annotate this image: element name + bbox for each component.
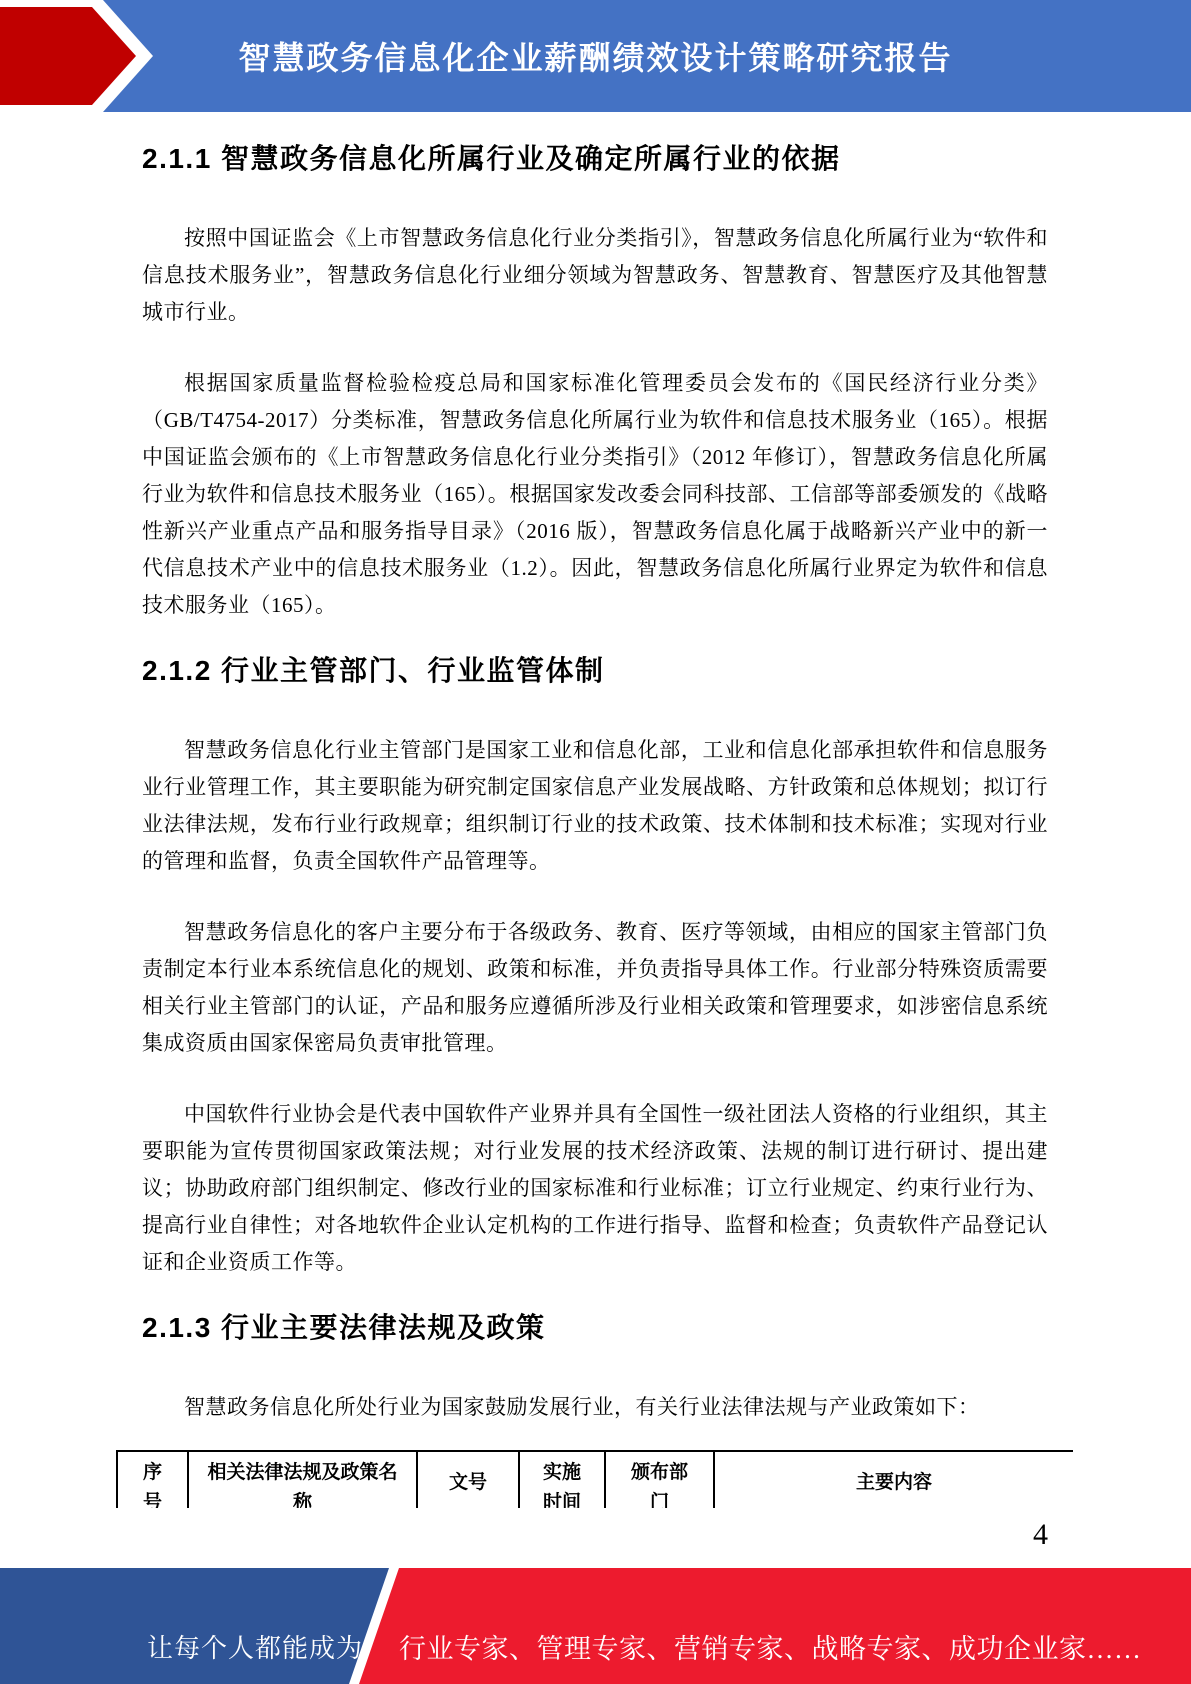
paragraph: 按照中国证监会《上市智慧政务信息化行业分类指引》，智慧政务信息化所属行业为“软件… <box>142 220 1048 331</box>
page-footer: 让每个人都能成为 行业专家、管理专家、营销专家、战略专家、成功企业家…… <box>0 1568 1191 1684</box>
section-heading-2-1-2: 2.1.2 行业主管部门、行业监管体制 <box>142 654 1048 688</box>
footer-right-slogan: 行业专家、管理专家、营销专家、战略专家、成功企业家…… <box>399 1627 1142 1666</box>
column-header-label: 序号 <box>141 1458 165 1508</box>
report-title: 智慧政务信息化企业薪酬绩效设计策略研究报告 <box>0 33 1191 79</box>
section-heading-2-1-3: 2.1.3 行业主要法律法规及政策 <box>142 1311 1048 1345</box>
column-header-label: 颁布部门 <box>629 1458 691 1508</box>
paragraph: 中国软件行业协会是代表中国软件产业界并具有全国性一级社团法人资格的行业组织，其主… <box>142 1096 1048 1281</box>
column-header-effective-date: 实施时间 <box>519 1451 605 1508</box>
section-heading-2-1-1: 2.1.1 智慧政务信息化所属行业及确定所属行业的依据 <box>142 142 1048 176</box>
column-header-label: 相关法律法规及政策名称 <box>203 1458 403 1508</box>
column-header-law-name: 相关法律法规及政策名称 <box>188 1451 417 1508</box>
footer-left-slogan: 让每个人都能成为 <box>147 1628 363 1665</box>
page-number: 4 <box>142 1518 1048 1552</box>
column-header-issuing-department: 颁布部门 <box>605 1451 714 1508</box>
paragraph: 智慧政务信息化行业主管部门是国家工业和信息化部，工业和信息化部承担软件和信息服务… <box>142 732 1048 880</box>
paragraph: 智慧政务信息化的客户主要分布于各级政务、教育、医疗等领域，由相应的国家主管部门负… <box>142 914 1048 1062</box>
column-header-main-content: 主要内容 <box>714 1451 1073 1508</box>
document-page: 智慧政务信息化企业薪酬绩效设计策略研究报告 2.1.1 智慧政务信息化所属行业及… <box>0 0 1191 1684</box>
legal-policy-table: 序号 相关法律法规及政策名称 文号 实施时间 颁布部门 主要内容 <box>116 1450 1073 1508</box>
page-header: 智慧政务信息化企业薪酬绩效设计策略研究报告 <box>0 0 1191 112</box>
column-header-doc-number: 文号 <box>417 1451 519 1508</box>
paragraph: 根据国家质量监督检验检疫总局和国家标准化管理委员会发布的《国民经济行业分类》（G… <box>142 365 1048 624</box>
legal-policy-table-grid: 序号 相关法律法规及政策名称 文号 实施时间 颁布部门 主要内容 <box>116 1450 1073 1508</box>
column-header-index: 序号 <box>117 1451 188 1508</box>
column-header-label: 主要内容 <box>856 1468 932 1498</box>
column-header-label: 实施时间 <box>537 1458 587 1508</box>
paragraph: 智慧政务信息化所处行业为国家鼓励发展行业，有关行业法律法规与产业政策如下： <box>142 1389 1048 1426</box>
document-body: 2.1.1 智慧政务信息化所属行业及确定所属行业的依据 按照中国证监会《上市智慧… <box>142 142 1048 1552</box>
table-header-row: 序号 相关法律法规及政策名称 文号 实施时间 颁布部门 主要内容 <box>117 1451 1073 1508</box>
column-header-label: 文号 <box>449 1468 487 1498</box>
